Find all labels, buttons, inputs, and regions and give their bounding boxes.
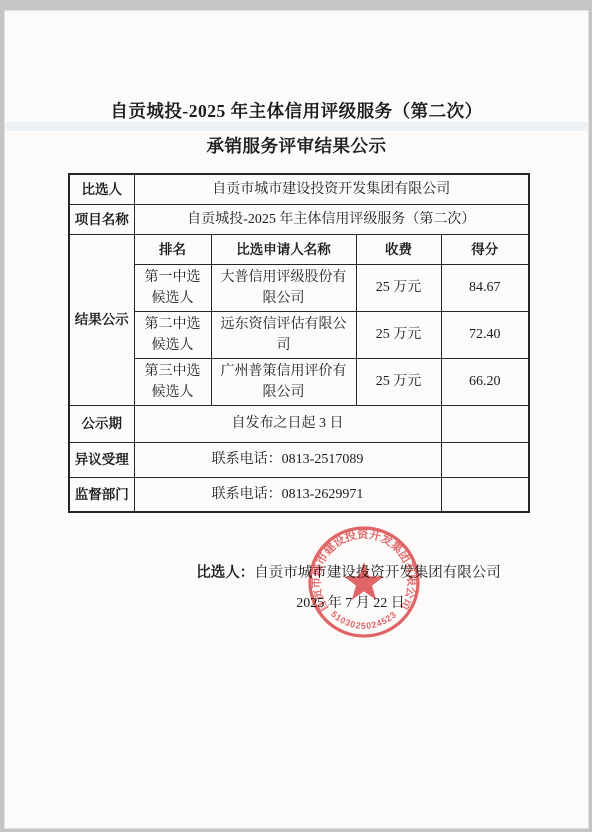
empty-cell	[441, 442, 529, 477]
fee-cell: 25 万元	[356, 264, 441, 311]
result-row-2: 第二中选候选人 远东资信评估有限公司 25 万元 72.40	[69, 311, 529, 358]
rank-cell: 第三中选候选人	[134, 358, 211, 405]
applicant-cell: 大普信用评级股份有限公司	[211, 264, 356, 311]
svg-text:5103025024523: 5103025024523	[329, 609, 399, 631]
project-label: 项目名称	[69, 204, 134, 234]
objection-value: 联系电话：0813-2517089	[134, 442, 441, 477]
project-row: 项目名称 自贡城投-2025 年主体信用评级服务（第二次）	[69, 204, 529, 234]
fee-cell: 25 万元	[356, 311, 441, 358]
company-seal-stamp: 自贡市城市建设投资开发集团有限公司 5103025024523	[302, 518, 426, 648]
document-title: 自贡城投-2025 年主体信用评级服务（第二次） 承销服务评审结果公示	[4, 94, 589, 164]
score-cell: 84.67	[441, 264, 529, 311]
col-header-applicant: 比选申请人名称	[211, 234, 356, 264]
footer-date: 2025 年 7 月 22 日	[58, 592, 592, 612]
score-cell: 66.20	[441, 358, 529, 405]
bidder-value: 自贡市城市建设投资开发集团有限公司	[134, 174, 529, 204]
title-line-2: 承销服务评审结果公示	[4, 129, 589, 164]
results-header-row: 结果公示 排名 比选申请人名称 收费 得分	[69, 234, 529, 264]
footer-signer-value: 自贡市城市建设投资开发集团有限公司	[254, 565, 501, 581]
score-cell: 72.40	[441, 311, 529, 358]
project-value: 自贡城投-2025 年主体信用评级服务（第二次）	[134, 204, 529, 234]
document-page: 自贡城投-2025 年主体信用评级服务（第二次） 承销服务评审结果公示 比选人 …	[4, 10, 589, 829]
col-header-rank: 排名	[134, 234, 211, 264]
supervision-row: 监督部门 联系电话：0813-2629971	[69, 477, 529, 512]
rank-cell: 第二中选候选人	[134, 311, 211, 358]
seal-ring	[310, 528, 418, 636]
result-row-1: 第一中选候选人 大普信用评级股份有限公司 25 万元 84.67	[69, 264, 529, 311]
supervision-label: 监督部门	[69, 477, 134, 512]
applicant-cell: 远东资信评估有限公司	[211, 311, 356, 358]
empty-cell	[441, 477, 529, 512]
col-header-score: 得分	[441, 234, 529, 264]
rank-cell: 第一中选候选人	[134, 264, 211, 311]
empty-cell	[441, 405, 529, 442]
col-header-fee: 收费	[356, 234, 441, 264]
title-line-1: 自贡城投-2025 年主体信用评级服务（第二次）	[4, 94, 589, 129]
objection-label: 异议受理	[69, 442, 134, 477]
footer-signer-line: 比选人：自贡市城市建设投资开发集团有限公司	[56, 561, 592, 582]
result-row-3: 第三中选候选人 广州普策信用评价有限公司 25 万元 66.20	[69, 358, 529, 405]
results-table: 比选人 自贡市城市建设投资开发集团有限公司 项目名称 自贡城投-2025 年主体…	[68, 173, 530, 513]
objection-row: 异议受理 联系电话：0813-2517089	[69, 442, 529, 477]
bidder-label: 比选人	[69, 174, 134, 204]
footer-signer-label: 比选人：	[196, 565, 254, 581]
publicity-value: 自发布之日起 3 日	[134, 405, 441, 442]
bidder-row: 比选人 自贡市城市建设投资开发集团有限公司	[69, 174, 529, 204]
results-label: 结果公示	[69, 234, 134, 405]
fee-cell: 25 万元	[356, 358, 441, 405]
publicity-row: 公示期 自发布之日起 3 日	[69, 405, 529, 442]
applicant-cell: 广州普策信用评价有限公司	[211, 358, 356, 405]
seal-serial-number: 5103025024523	[329, 609, 399, 631]
supervision-value: 联系电话：0813-2629971	[134, 477, 441, 512]
publicity-label: 公示期	[69, 405, 134, 442]
